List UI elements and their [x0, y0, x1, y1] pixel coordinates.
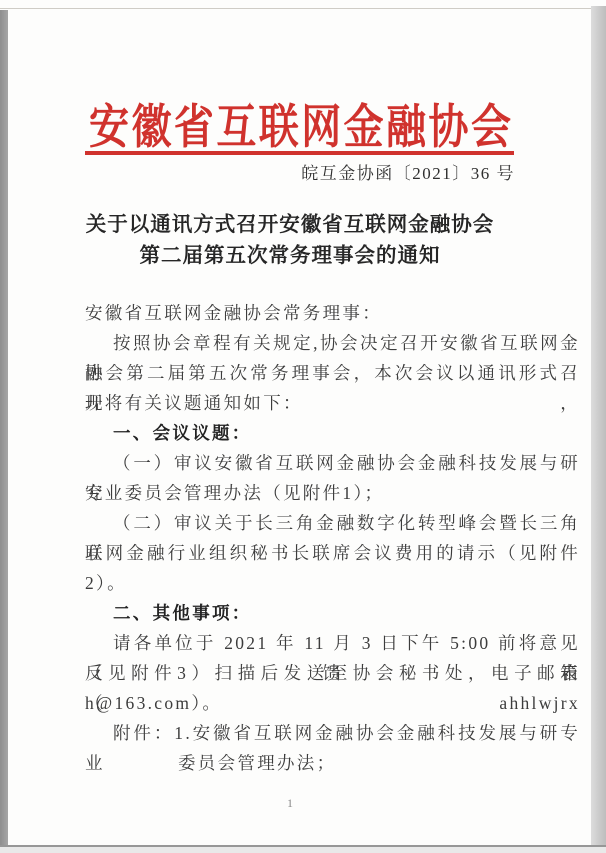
title-line-1: 关于以通讯方式召开安徽省互联网金融协会 — [30, 209, 550, 240]
document-title: 关于以通讯方式召开安徽省互联网金融协会 第二届第五次常务理事会的通知 — [30, 209, 550, 271]
item-2-line-1: （二）审议关于长三角金融数字化转型峰会暨长三角互 — [85, 508, 580, 538]
title-line-2: 第二届第五次常务理事会的通知 — [30, 240, 550, 271]
item-2-line-3: 2）。 — [85, 568, 580, 598]
scanned-document-page: 安徽省互联网金融协会 皖互金协函〔2021〕36 号 关于以通讯方式召开安徽省互… — [0, 0, 606, 853]
scan-right-edge — [591, 6, 606, 853]
attachment-line-1: 附件：1.安徽省互联网金融协会金融科技发展与研专业 — [85, 718, 580, 748]
attachment-line-2: 委员会管理办法； — [85, 748, 580, 778]
item-2-line-2: 联网金融行业组织秘书长联席会议费用的请示（见附件 — [85, 538, 580, 568]
feedback-line-2: （见附件3）扫描后发送至协会秘书处，电子邮箱（ahhlwjrx — [85, 658, 580, 688]
opening-para-line-1: 按照协会章程有关规定,协会决定召开安徽省互联网金融 — [85, 328, 580, 358]
document-body: 安徽省互联网金融协会常务理事： 按照协会章程有关规定,协会决定召开安徽省互联网金… — [85, 298, 580, 778]
feedback-line-1: 请各单位于 2021 年 11 月 3 日下午 5:00 前将意见反馈表 — [85, 628, 580, 658]
page-number: 1 — [0, 796, 580, 811]
section-2-heading: 二、其他事项： — [85, 598, 580, 628]
scan-left-edge — [0, 10, 8, 846]
letterhead-divider — [85, 151, 514, 155]
letterhead-org-name: 安徽省互联网金融协会 — [89, 90, 511, 157]
item-1-line-1: （一）审议安徽省互联网金融协会金融科技发展与研究 — [85, 448, 580, 478]
doc-number: 皖互金协函〔2021〕36 号 — [85, 159, 515, 184]
item-1-line-2: 专业委员会管理办法（见附件1）； — [85, 478, 580, 508]
section-1-heading: 一、会议议题： — [85, 418, 580, 448]
opening-para-line-2: 协会第二届第五次常务理事会，本次会议以通讯形式召开， — [85, 358, 580, 388]
salutation-line: 安徽省互联网金融协会常务理事： — [85, 298, 580, 328]
scan-top-edge — [0, 8, 606, 9]
scan-bottom-strip — [0, 847, 606, 853]
